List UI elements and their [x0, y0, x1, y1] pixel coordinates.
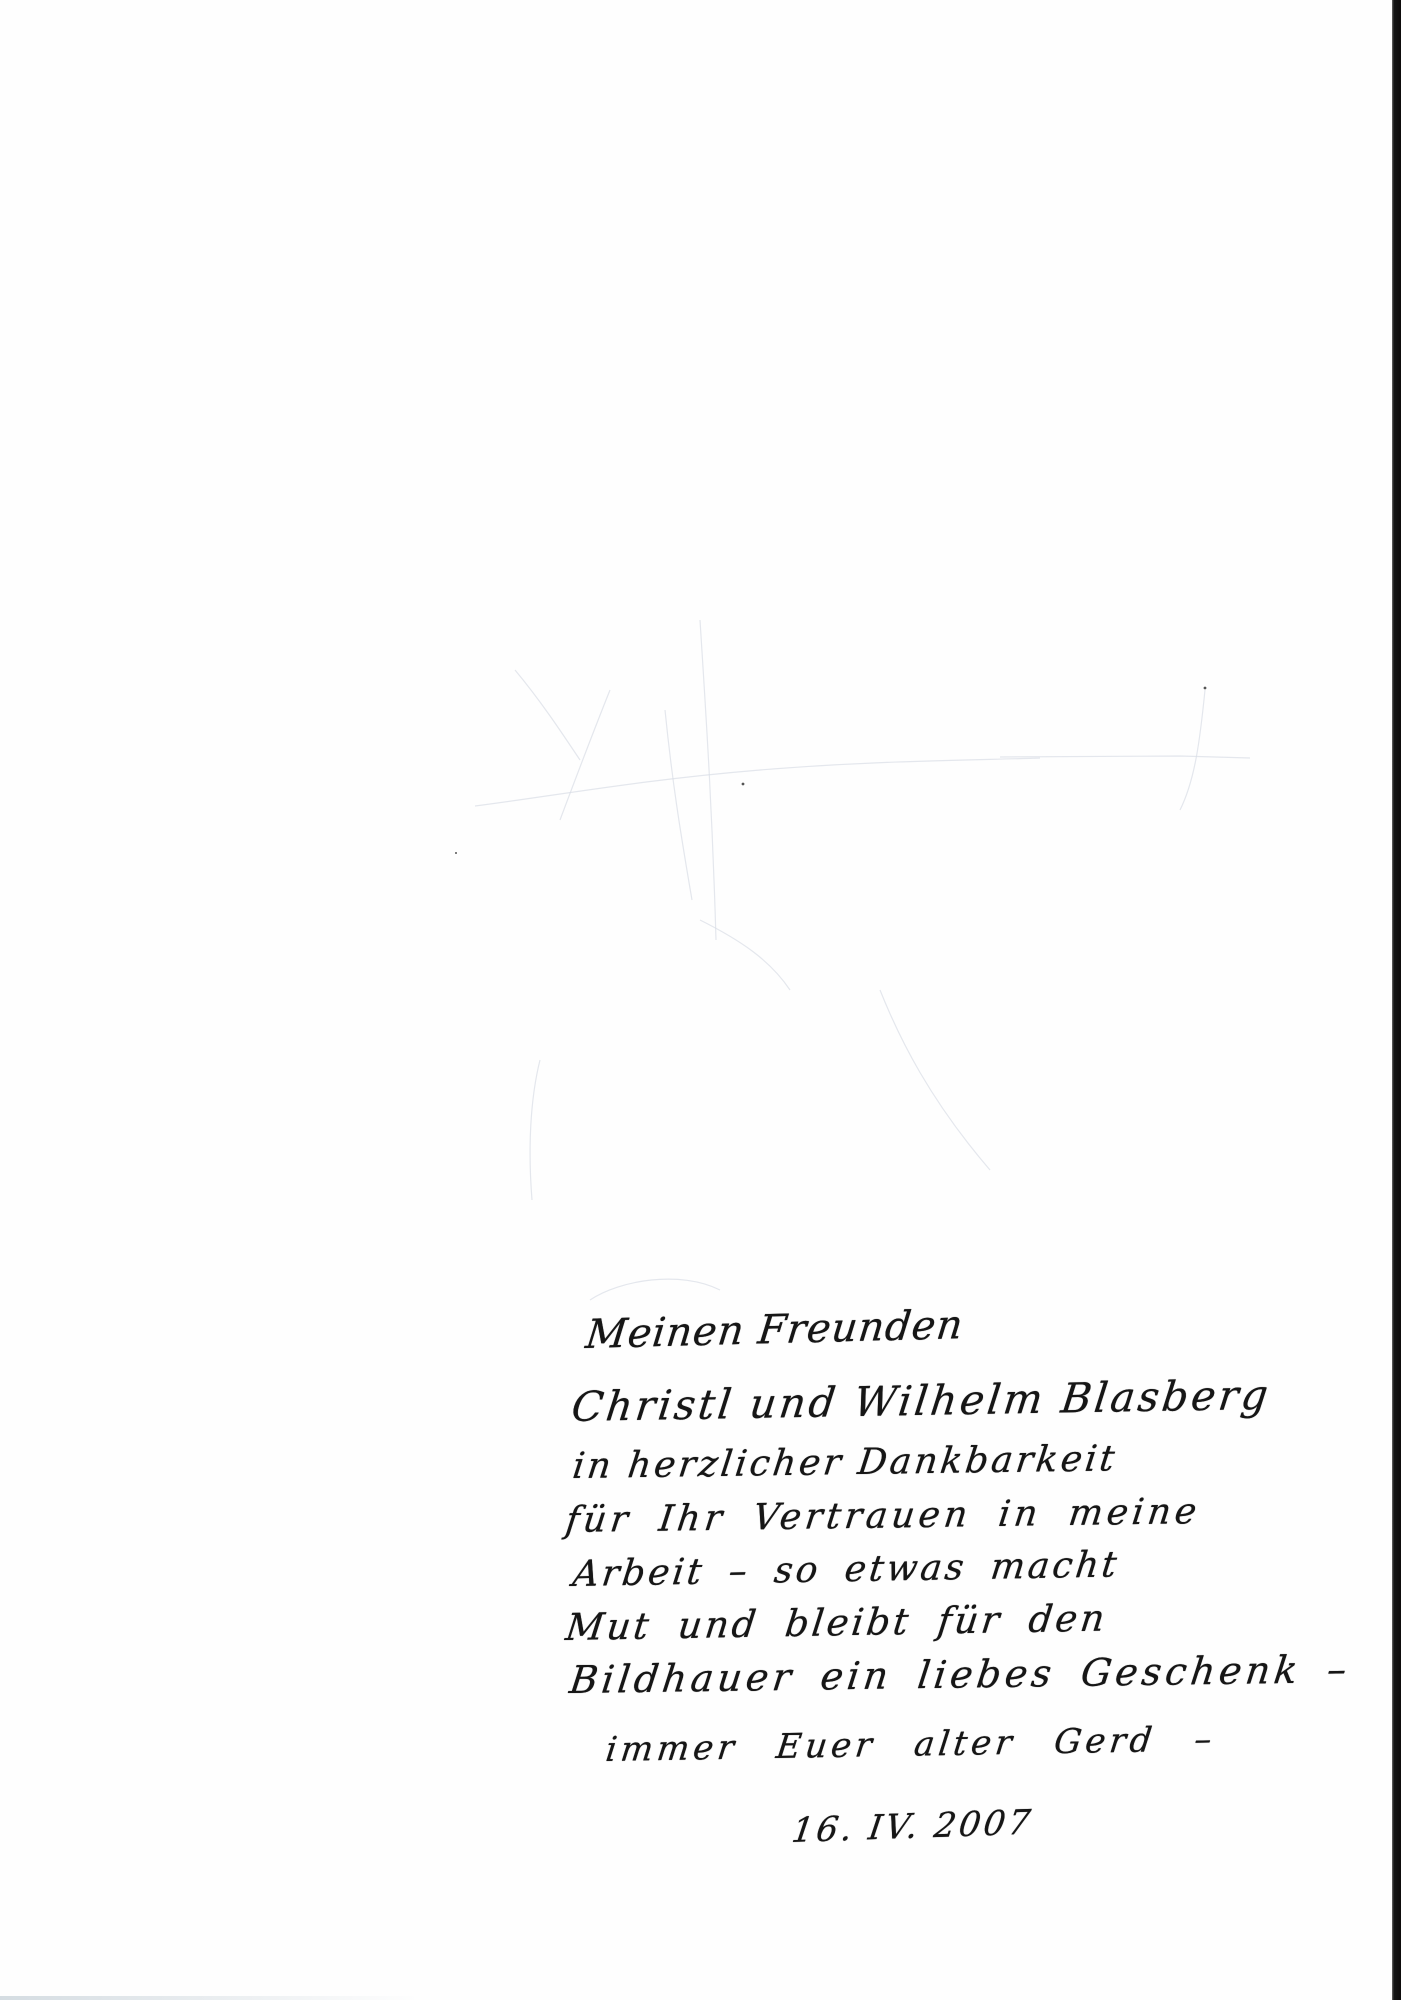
dedication-signature: immer Euer alter Gerd –	[604, 1719, 1218, 1770]
dedication-recipients: Christl und Wilhelm Blasberg	[569, 1371, 1273, 1431]
dedication-date: 16. IV. 2007	[789, 1802, 1036, 1851]
scan-bottom-edge	[0, 1996, 420, 2000]
dedication-salutation: Meinen Freunden	[583, 1302, 966, 1358]
dedication-line-4: für Ihr Vertrauen in meine	[563, 1491, 1202, 1541]
dedication-line-7: Bildhauer ein liebes Geschenk –	[567, 1647, 1353, 1702]
dedication-line-6: Mut und bleibt für den	[563, 1597, 1110, 1650]
dedication-line-5: Arbeit – so etwas macht	[570, 1544, 1121, 1595]
scanned-page: Meinen Freunden Christl und Wilhelm Blas…	[0, 0, 1401, 2000]
dedication-line-3: in herzlicher Dankbarkeit	[570, 1438, 1119, 1487]
handwritten-dedication: Meinen Freunden Christl und Wilhelm Blas…	[0, 0, 1392, 2000]
scan-right-edge	[1392, 0, 1401, 2000]
